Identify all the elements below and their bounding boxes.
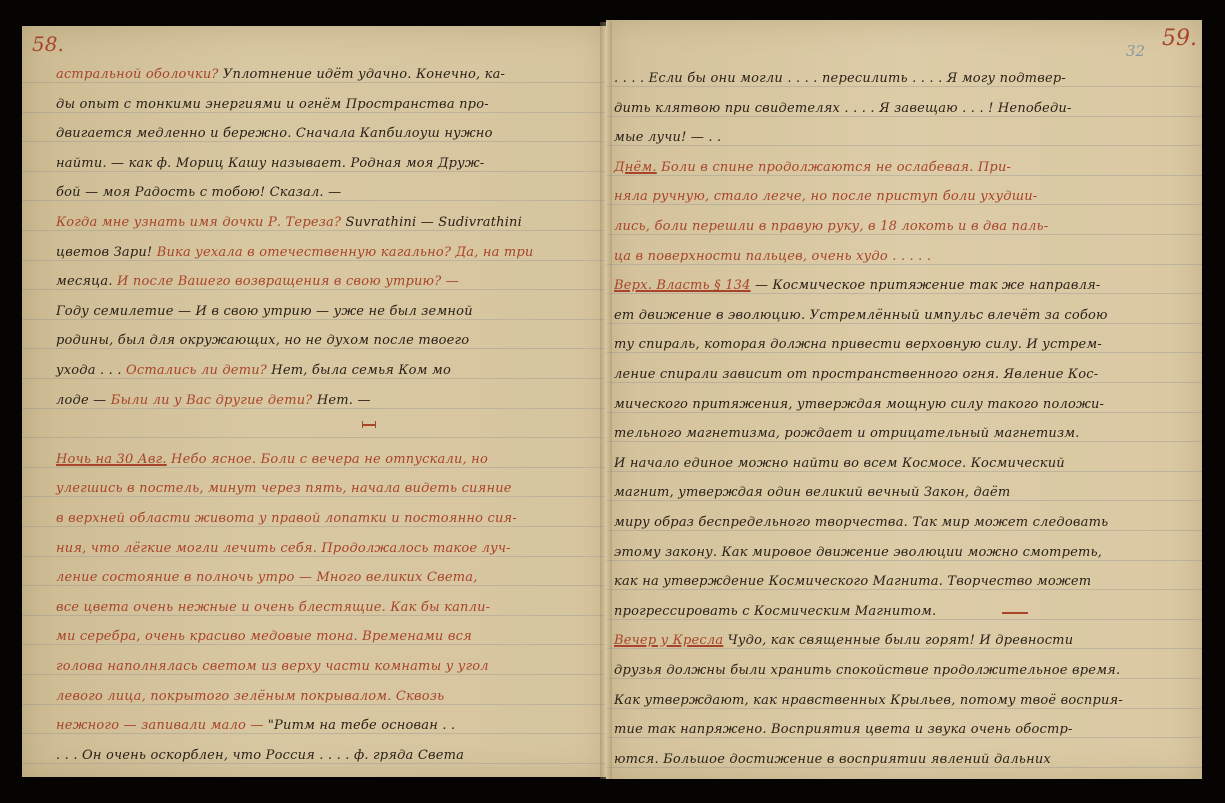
book-gutter bbox=[600, 22, 612, 779]
red-ink-text: Когда мне узнать имя дочки Р. Тереза? bbox=[56, 215, 341, 230]
pencil-archive-number: 32 bbox=[1126, 42, 1145, 60]
handwritten-line: . . . . Если бы они могли . . . . переси… bbox=[614, 70, 1066, 88]
handwritten-line: Году семилетие — И в свою утрию — уже не… bbox=[56, 303, 473, 321]
handwritten-line: И начало единое можно найти во всем Косм… bbox=[614, 455, 1065, 473]
black-ink-text: цветов Зари! bbox=[56, 245, 152, 260]
red-ink-text: Ночь на 30 Авг. bbox=[56, 452, 167, 467]
black-ink-text: тие так напряжено. Восприятия цвета и зв… bbox=[614, 722, 1073, 737]
red-ink-text: Верх. Власть § 134 bbox=[614, 278, 751, 293]
black-ink-text: двигается медленно и бережно. Сначала Ка… bbox=[56, 126, 493, 141]
black-ink-text: мые лучи! — . . bbox=[614, 130, 721, 145]
black-ink-text: ет движение в эволюцию. Устремлённый имп… bbox=[614, 308, 1108, 323]
handwritten-line: этому закону. Как мировое движение эволю… bbox=[614, 544, 1102, 562]
handwritten-line: ет движение в эволюцию. Устремлённый имп… bbox=[614, 307, 1108, 325]
black-ink-text: миру образ беспредельного творчества. Та… bbox=[614, 515, 1108, 530]
handwritten-line: родины, был для окружающих, но не духом … bbox=[56, 332, 469, 350]
black-ink-text: Году семилетие — И в свою утрию — уже не… bbox=[56, 304, 473, 319]
handwritten-line: Верх. Власть § 134 — Космическое притяже… bbox=[614, 277, 1100, 295]
black-ink-text: Уплотнение идёт удачно. Конечно, ка- bbox=[219, 67, 506, 82]
handwritten-line: нежного — запивали мало — "Ритм на тебе … bbox=[56, 717, 455, 735]
handwritten-line: прогрессировать с Космическим Магнитом. bbox=[614, 603, 936, 621]
handwritten-line: ту спираль, которая должна привести верх… bbox=[614, 336, 1102, 354]
right-notebook-page: 32 59. . . . . Если бы они могли . . . .… bbox=[606, 20, 1202, 779]
black-ink-text: И начало единое можно найти во всем Косм… bbox=[614, 456, 1065, 471]
red-ink-text: в верхней области живота у правой лопатк… bbox=[56, 511, 517, 526]
handwritten-line: в верхней области живота у правой лопатк… bbox=[56, 510, 517, 528]
handwritten-line: Вечер у Кресла Чудо, как священные были … bbox=[614, 632, 1073, 650]
black-ink-text: — Космическое притяжение так же направля… bbox=[751, 278, 1101, 293]
red-ink-text: Вика уехала в отечественную кагально? Да… bbox=[152, 245, 533, 260]
handwritten-line: ца в поверхности пальцев, очень худо . .… bbox=[614, 248, 931, 266]
end-of-entry-dash bbox=[1002, 612, 1028, 614]
handwritten-line: . . . Он очень оскорблен, что Россия . .… bbox=[56, 747, 464, 765]
black-ink-text: ются. Большое достижение в восприятии яв… bbox=[614, 752, 1051, 767]
handwritten-line: ния, что лёгкие могли лечить себя. Продо… bbox=[56, 540, 511, 558]
handwritten-line: ми серебра, очень красиво медовые тона. … bbox=[56, 628, 472, 646]
ruled-line bbox=[22, 437, 606, 438]
black-ink-text: Как утверждают, как нравственных Крыльев… bbox=[614, 693, 1123, 708]
handwritten-line: месяца. И после Вашего возвращения в сво… bbox=[56, 273, 459, 291]
handwritten-line: мые лучи! — . . bbox=[614, 129, 721, 147]
handwritten-line: астральной оболочки? Уплотнение идёт уда… bbox=[56, 66, 505, 84]
handwritten-line: найти. — как ф. Мориц Кашу называет. Род… bbox=[56, 155, 484, 173]
black-ink-text: месяца. bbox=[56, 274, 113, 289]
handwritten-line: миру образ беспредельного творчества. Та… bbox=[614, 514, 1108, 532]
handwritten-line: голова наполнялась светом из верху части… bbox=[56, 658, 489, 676]
black-ink-text: ление спирали зависит от пространственно… bbox=[614, 367, 1098, 382]
red-ink-text: астральной оболочки? bbox=[56, 67, 219, 82]
handwritten-line: мического притяжения, утверждая мощную с… bbox=[614, 396, 1104, 414]
red-ink-text: Боли в спине продолжаются не ослабевая. … bbox=[657, 160, 1011, 175]
handwritten-line: магнит, утверждая один великий вечный За… bbox=[614, 484, 1010, 502]
handwritten-line: лоде — Были ли у Вас другие дети? Нет. — bbox=[56, 392, 371, 410]
black-ink-text: родины, был для окружающих, но не духом … bbox=[56, 333, 469, 348]
red-ink-text: Небо ясное. Боли с вечера не отпускали, … bbox=[167, 452, 488, 467]
red-ink-text: ца в поверхности пальцев, очень худо . .… bbox=[614, 249, 931, 264]
red-ink-text: все цвета очень нежные и очень блестящие… bbox=[56, 600, 490, 615]
black-ink-text: как на утверждение Космического Магнита.… bbox=[614, 574, 1091, 589]
handwritten-line: двигается медленно и бережно. Сначала Ка… bbox=[56, 125, 493, 143]
black-ink-text: мического притяжения, утверждая мощную с… bbox=[614, 397, 1104, 412]
section-divider-mark bbox=[362, 424, 376, 426]
handwritten-line: няла ручную, стало легче, но после прист… bbox=[614, 188, 1037, 206]
black-ink-text: "Ритм на тебе основан . . bbox=[264, 718, 456, 733]
black-ink-text: ухода . . . bbox=[56, 363, 122, 378]
handwritten-line: Днём. Боли в спине продолжаются не ослаб… bbox=[614, 159, 1011, 177]
handwritten-line: ление спирали зависит от пространственно… bbox=[614, 366, 1098, 384]
red-ink-text: Были ли у Вас другие дети? bbox=[106, 393, 312, 408]
red-ink-text: левого лица, покрытого зелёным покрывало… bbox=[56, 689, 444, 704]
handwritten-line: все цвета очень нежные и очень блестящие… bbox=[56, 599, 490, 617]
red-ink-text: няла ручную, стало легче, но после прист… bbox=[614, 189, 1037, 204]
handwritten-line: ление состояние в полночь утро — Много в… bbox=[56, 569, 478, 587]
black-ink-text: бой — моя Радость с тобою! Сказал. — bbox=[56, 185, 341, 200]
red-ink-text: И после Вашего возвращения в свою утрию?… bbox=[113, 274, 459, 289]
black-ink-text: . . . . Если бы они могли . . . . переси… bbox=[614, 71, 1066, 86]
black-ink-text: Чудо, как священные были горят! И древно… bbox=[723, 633, 1073, 648]
red-ink-text: ния, что лёгкие могли лечить себя. Продо… bbox=[56, 541, 511, 556]
handwritten-line: Когда мне узнать имя дочки Р. Тереза? Su… bbox=[56, 214, 522, 232]
right-page-number: 59. bbox=[1162, 26, 1197, 51]
black-ink-text: друзья должны были хранить спокойствие п… bbox=[614, 663, 1120, 678]
handwritten-line: Ночь на 30 Авг. Небо ясное. Боли с вечер… bbox=[56, 451, 488, 469]
handwritten-line: Как утверждают, как нравственных Крыльев… bbox=[614, 692, 1123, 710]
black-ink-text: ды опыт с тонкими энергиями и огнём Прос… bbox=[56, 97, 489, 112]
black-ink-text: ту спираль, которая должна привести верх… bbox=[614, 337, 1102, 352]
red-ink-text: лись, боли перешли в правую руку, в 18 л… bbox=[614, 219, 1048, 234]
black-ink-text: тельного магнетизма, рождает и отрицател… bbox=[614, 426, 1080, 441]
black-ink-text: Suvrathini — Sudivrathini bbox=[341, 215, 522, 230]
handwritten-line: дить клятвою при свидетелях . . . . Я за… bbox=[614, 100, 1072, 118]
red-ink-text: Остались ли дети? bbox=[122, 363, 267, 378]
black-ink-text: Нет, была семья Ком мо bbox=[267, 363, 451, 378]
red-ink-text: нежного — запивали мало — bbox=[56, 718, 264, 733]
black-ink-text: найти. — как ф. Мориц Кашу называет. Род… bbox=[56, 156, 484, 171]
red-ink-text: ление состояние в полночь утро — Много в… bbox=[56, 570, 478, 585]
red-ink-text: Вечер у Кресла bbox=[614, 633, 723, 648]
left-page-number: 58. bbox=[32, 32, 64, 56]
red-ink-text: голова наполнялась светом из верху части… bbox=[56, 659, 489, 674]
handwritten-line: ются. Большое достижение в восприятии яв… bbox=[614, 751, 1051, 769]
black-ink-text: Нет. — bbox=[312, 393, 370, 408]
handwritten-line: как на утверждение Космического Магнита.… bbox=[614, 573, 1091, 591]
handwritten-line: улегшись в постель, минут через пять, на… bbox=[56, 480, 512, 498]
handwritten-line: тие так напряжено. Восприятия цвета и зв… bbox=[614, 721, 1073, 739]
handwritten-line: тельного магнетизма, рождает и отрицател… bbox=[614, 425, 1080, 443]
black-ink-text: этому закону. Как мировое движение эволю… bbox=[614, 545, 1102, 560]
handwritten-line: лись, боли перешли в правую руку, в 18 л… bbox=[614, 218, 1048, 236]
black-ink-text: прогрессировать с Космическим Магнитом. bbox=[614, 604, 936, 619]
red-ink-text: Днём. bbox=[614, 160, 657, 175]
black-ink-text: дить клятвою при свидетелях . . . . Я за… bbox=[614, 101, 1072, 116]
black-ink-text: магнит, утверждая один великий вечный За… bbox=[614, 485, 1010, 500]
handwritten-line: бой — моя Радость с тобою! Сказал. — bbox=[56, 184, 341, 202]
left-notebook-page: 58. астральной оболочки? Уплотнение идёт… bbox=[22, 26, 606, 777]
red-ink-text: улегшись в постель, минут через пять, на… bbox=[56, 481, 512, 496]
black-ink-text: . . . Он очень оскорблен, что Россия . .… bbox=[56, 748, 464, 763]
handwritten-line: друзья должны были хранить спокойствие п… bbox=[614, 662, 1120, 680]
handwritten-line: цветов Зари! Вика уехала в отечественную… bbox=[56, 244, 534, 262]
handwritten-line: левого лица, покрытого зелёным покрывало… bbox=[56, 688, 444, 706]
handwritten-line: ухода . . . Остались ли дети? Нет, была … bbox=[56, 362, 451, 380]
red-ink-text: ми серебра, очень красиво медовые тона. … bbox=[56, 629, 472, 644]
handwritten-line: ды опыт с тонкими энергиями и огнём Прос… bbox=[56, 96, 489, 114]
black-ink-text: лоде — bbox=[56, 393, 106, 408]
